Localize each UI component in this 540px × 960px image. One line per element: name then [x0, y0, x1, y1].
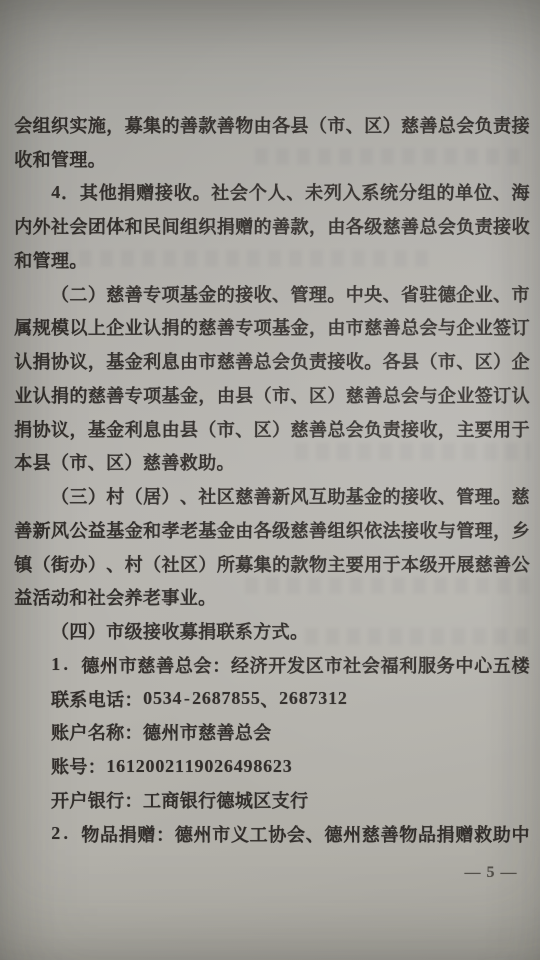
page-number: — 5 — [446, 861, 536, 885]
text-line: 善新风公益基金和孝老基金由各级慈善组织依法接收与管理，乡 [14, 513, 530, 547]
text-line: 属规模以上企业认捐的慈善专项基金，由市慈善总会与企业签订 [14, 311, 530, 345]
document-photo: 会组织实施，募集的善款善物由各县（市、区）慈善总会负责接收和管理。4．其他捐赠接… [0, 0, 540, 960]
text-line: 认捐协议，基金利息由市慈善总会负责接收。各县（市、区）企 [14, 344, 530, 378]
text-line: 本县（市、区）慈善救助。 [14, 446, 530, 480]
text-line: 联系电话：0534-2687855、2687312 [14, 682, 530, 716]
text-line: 1. 德州市慈善总会：经济开发区市社会福利服务中心五楼 [14, 648, 530, 682]
text-line: 镇（街办）、村（社区）所募集的款物主要用于本级开展慈善公 [14, 547, 530, 581]
text-line: 益活动和社会养老事业。 [14, 581, 530, 615]
text-line: （二）慈善专项基金的接收、管理。中央、省驻德企业、市 [14, 277, 530, 311]
text-line: 业认捐的慈善专项基金，由县（市、区）慈善总会与企业签订认 [14, 378, 530, 412]
text-line: 2. 物品捐赠：德州市义工协会、德州慈善物品捐赠救助中 [14, 817, 530, 851]
text-line: 收和管理。 [14, 142, 530, 176]
text-line: （三）村（居）、社区慈善新风互助基金的接收、管理。慈 [14, 479, 530, 513]
text-line: 开户银行：工商银行德城区支行 [14, 783, 530, 817]
text-line: （四）市级接收募捐联系方式。 [14, 614, 530, 648]
text-line: 账号：1612002119026498623 [14, 749, 530, 783]
text-line: 和管理。 [14, 243, 530, 277]
text-line: 账户名称：德州市慈善总会 [14, 716, 530, 750]
document-text: 会组织实施，募集的善款善物由各县（市、区）慈善总会负责接收和管理。4．其他捐赠接… [14, 108, 530, 851]
text-line: 4．其他捐赠接收。社会个人、未列入系统分组的单位、海 [14, 176, 530, 210]
text-line: 捐协议，基金利息由县（市、区）慈善总会负责接收，主要用于 [14, 412, 530, 446]
text-line: 内外社会团体和民间组织捐赠的善款，由各级慈善总会负责接收 [14, 209, 530, 243]
text-line: 会组织实施，募集的善款善物由各县（市、区）慈善总会负责接 [14, 108, 530, 142]
